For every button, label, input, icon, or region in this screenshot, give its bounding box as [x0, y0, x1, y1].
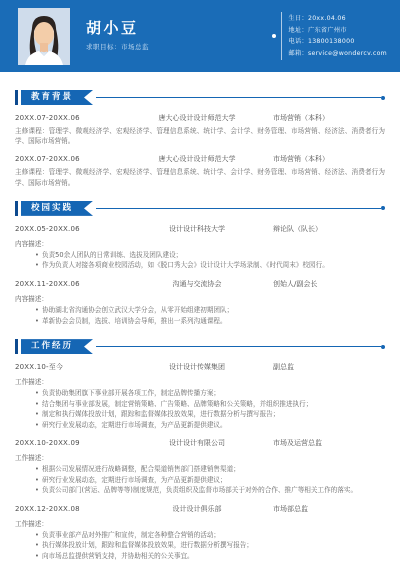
- section-entries: 20XX.07-20XX.06 唐大心设计设计师范大学 市场营销（本科） 主修课…: [15, 113, 385, 188]
- experience-entry: 20XX.11-20XX.06 沟通与交流协会 创始人/副会长 内容描述： 协助…: [15, 279, 385, 326]
- experience-entry: 20XX.12-20XX.08 设计设计俱乐部 市场部总监 工作描述： 负责事业…: [15, 504, 385, 562]
- profile-photo: [18, 8, 70, 65]
- contact-item: 生日：20xx.04.06: [289, 13, 388, 25]
- experience-entry: 20XX.07-20XX.06 唐大心设计设计师范大学 市场营销（本科） 主修课…: [15, 154, 385, 187]
- entry-date: 20XX.07-20XX.06: [15, 114, 121, 122]
- section-accent-bar: [15, 201, 18, 216]
- experience-entry: 20XX.07-20XX.06 唐大心设计设计师范大学 市场营销（本科） 主修课…: [15, 113, 385, 146]
- section-header: 校园实践: [15, 201, 385, 216]
- entry-header-row: 20XX.05-20XX.06 设计设计科技大学 辩论队（队长）: [15, 224, 385, 234]
- entry-description-label: 工作描述：: [15, 376, 385, 386]
- entry-header-row: 20XX.10-20XX.09 设计设计有限公司 市场及运营总监: [15, 438, 385, 448]
- bullet-item: 负责公司部门(营运、品牌等等)制度规范，负责组织及监督市场部关于对外的合作、推广…: [42, 485, 385, 496]
- avatar-illustration: [18, 8, 70, 65]
- contact-divider-line: [281, 12, 282, 60]
- identity-block: 胡小豆 求职目标：市场总监: [86, 21, 149, 51]
- entry-paragraph: 主修课程：管理学、微观经济学、宏观经济学、管理信息系统、统计学、会计学、财务管理…: [15, 167, 385, 187]
- contact-item: 邮箱：service@wondercv.com: [289, 48, 388, 60]
- section-rule-end-dot: [381, 206, 385, 210]
- section-accent-bar: [15, 339, 18, 354]
- entry-organization: 设计设计有限公司: [121, 438, 273, 448]
- bullet-item: 负责协助集团旗下事业部开展各项工作，制定品牌传播方案；: [42, 388, 385, 399]
- experience-entry: 20XX.10-20XX.09 设计设计有限公司 市场及运营总监 工作描述： 根…: [15, 438, 385, 496]
- section-rule-line: [96, 97, 381, 98]
- section-title-banner: 工作经历: [21, 339, 93, 354]
- section-title: 教育背景: [31, 92, 73, 102]
- entry-date: 20XX.05-20XX.06: [15, 225, 121, 233]
- contact-item: 电话：13800138000: [289, 36, 388, 48]
- entry-role: 市场营销（本科）: [273, 113, 385, 123]
- entry-organization: 沟通与交流协会: [121, 279, 273, 289]
- experience-entry: 20XX.05-20XX.06 设计设计科技大学 辩论队（队长） 内容描述： 负…: [15, 224, 385, 271]
- entry-header-row: 20XX.11-20XX.06 沟通与交流协会 创始人/副会长: [15, 279, 385, 289]
- resume-section: 教育背景 20XX.07-20XX.06 唐大心设计设计师范大学 市场营销（本科…: [15, 90, 385, 188]
- section-title: 工作经历: [31, 341, 73, 351]
- experience-entry: 20XX.10-至今 设计设计传媒集团 副总监 工作描述： 负责协助集团旗下事业…: [15, 362, 385, 430]
- entry-role: 市场部总监: [273, 504, 385, 514]
- entry-header-row: 20XX.10-至今 设计设计传媒集团 副总监: [15, 362, 385, 372]
- entry-role: 副总监: [273, 362, 385, 372]
- bullet-item: 结合集团与事业部发展，制定营销策略、广告策略、品牌策略和公关策略，并组织推进执行…: [42, 399, 385, 410]
- section-header: 工作经历: [15, 339, 385, 354]
- contact-list: 生日：20xx.04.06地址：广东省广州市电话：13800138000邮箱：s…: [289, 13, 388, 59]
- entry-description-label: 工作描述：: [15, 518, 385, 528]
- contact-block: 生日：20xx.04.06地址：广东省广州市电话：13800138000邮箱：s…: [272, 12, 388, 60]
- entry-date: 20XX.11-20XX.06: [15, 280, 121, 288]
- entry-paragraph: 主修课程：管理学、微观经济学、宏观经济学、管理信息系统、统计学、会计学、财务管理…: [15, 126, 385, 146]
- entry-bullet-list: 根据公司发展情况进行战略调整，配合渠道销售部门搭建销售渠道；研究行业发展动态，定…: [15, 464, 385, 496]
- entry-role: 创始人/副会长: [273, 279, 385, 289]
- resume-body: 教育背景 20XX.07-20XX.06 唐大心设计设计师范大学 市场营销（本科…: [0, 72, 400, 562]
- section-title-banner: 校园实践: [21, 201, 93, 216]
- entry-bullet-list: 负责事业部产品对外推广和宣传，制定各种整合营销的活动；执行媒体投放计划，跟踪和监…: [15, 530, 385, 562]
- section-rule-end-dot: [381, 345, 385, 349]
- bullet-item: 负责事业部产品对外推广和宣传，制定各种整合营销的活动；: [42, 530, 385, 541]
- bullet-item: 向市场总监提供营销支持，并协助相关的公关事宜。: [42, 551, 385, 562]
- entry-bullet-list: 负责协助集团旗下事业部开展各项工作，制定品牌传播方案；结合集团与事业部发展，制定…: [15, 388, 385, 430]
- resume-header: 胡小豆 求职目标：市场总监 生日：20xx.04.06地址：广东省广州市电话：1…: [0, 0, 400, 72]
- resume-section: 工作经历 20XX.10-至今 设计设计传媒集团 副总监 工作描述： 负责协助集…: [15, 339, 385, 561]
- bullet-item: 作为负责人对接各项商业校园活动，如《脱口秀大会》设计设计大学场录制、《时代周末》…: [42, 260, 385, 271]
- entry-header-row: 20XX.12-20XX.08 设计设计俱乐部 市场部总监: [15, 504, 385, 514]
- entry-organization: 唐大心设计设计师范大学: [121, 113, 273, 123]
- section-rule-line: [96, 346, 381, 347]
- bullet-item: 根据公司发展情况进行战略调整，配合渠道销售部门搭建销售渠道；: [42, 464, 385, 475]
- section-title-banner: 教育背景: [21, 90, 93, 105]
- entry-date: 20XX.10-20XX.09: [15, 439, 121, 447]
- bullet-item: 制定和执行媒体投放计划，跟踪和监督媒体投放效果，进行数据分析与撰写报告；: [42, 409, 385, 420]
- entry-description-label: 内容描述：: [15, 293, 385, 303]
- entry-role: 市场营销（本科）: [273, 154, 385, 164]
- entry-header-row: 20XX.07-20XX.06 唐大心设计设计师范大学 市场营销（本科）: [15, 113, 385, 123]
- contact-bullet-dot: [272, 34, 276, 38]
- entry-organization: 唐大心设计设计师范大学: [121, 154, 273, 164]
- resume-section: 校园实践 20XX.05-20XX.06 设计设计科技大学 辩论队（队长） 内容…: [15, 201, 385, 326]
- entry-description-label: 工作描述：: [15, 452, 385, 462]
- resume-page: 胡小豆 求职目标：市场总监 生日：20xx.04.06地址：广东省广州市电话：1…: [0, 0, 400, 565]
- bullet-item: 协助湖北省沟通协会创立武汉大学分会，从零开始组建初期团队；: [42, 305, 385, 316]
- bullet-item: 革新协会会员制，选拔、培训协会导师，推出一系列沟通课程。: [42, 316, 385, 327]
- section-entries: 20XX.05-20XX.06 设计设计科技大学 辩论队（队长） 内容描述： 负…: [15, 224, 385, 326]
- bullet-item: 执行媒体投放计划，跟踪和监督媒体投放效果，进行数据分析撰写报告；: [42, 540, 385, 551]
- section-rule-end-dot: [381, 96, 385, 100]
- bullet-item: 负责50余人团队的日常训练、选拔及团队建设；: [42, 250, 385, 261]
- entry-date: 20XX.07-20XX.06: [15, 155, 121, 163]
- entry-header-row: 20XX.07-20XX.06 唐大心设计设计师范大学 市场营销（本科）: [15, 154, 385, 164]
- bullet-item: 研究行业发展动态，定期进行市场调查，为产品更新提供建议；: [42, 475, 385, 486]
- job-objective: 求职目标：市场总监: [86, 42, 149, 51]
- candidate-name: 胡小豆: [86, 21, 149, 36]
- entry-description-label: 内容描述：: [15, 238, 385, 248]
- section-entries: 20XX.10-至今 设计设计传媒集团 副总监 工作描述： 负责协助集团旗下事业…: [15, 362, 385, 561]
- entry-organization: 设计设计科技大学: [121, 224, 273, 234]
- section-accent-bar: [15, 90, 18, 105]
- entry-bullet-list: 负责50余人团队的日常训练、选拔及团队建设；作为负责人对接各项商业校园活动，如《…: [15, 250, 385, 271]
- section-rule-line: [96, 208, 381, 209]
- entry-date: 20XX.12-20XX.08: [15, 505, 121, 513]
- entry-organization: 设计设计传媒集团: [121, 362, 273, 372]
- bullet-item: 研究行业发展动态，定期进行市场调查，为产品更新提供建议。: [42, 420, 385, 431]
- entry-bullet-list: 协助湖北省沟通协会创立武汉大学分会，从零开始组建初期团队；革新协会会员制，选拔、…: [15, 305, 385, 326]
- entry-organization: 设计设计俱乐部: [121, 504, 273, 514]
- section-header: 教育背景: [15, 90, 385, 105]
- section-title: 校园实践: [31, 203, 73, 213]
- entry-role: 市场及运营总监: [273, 438, 385, 448]
- contact-item: 地址：广东省广州市: [289, 25, 388, 37]
- entry-date: 20XX.10-至今: [15, 362, 121, 372]
- entry-role: 辩论队（队长）: [273, 224, 385, 234]
